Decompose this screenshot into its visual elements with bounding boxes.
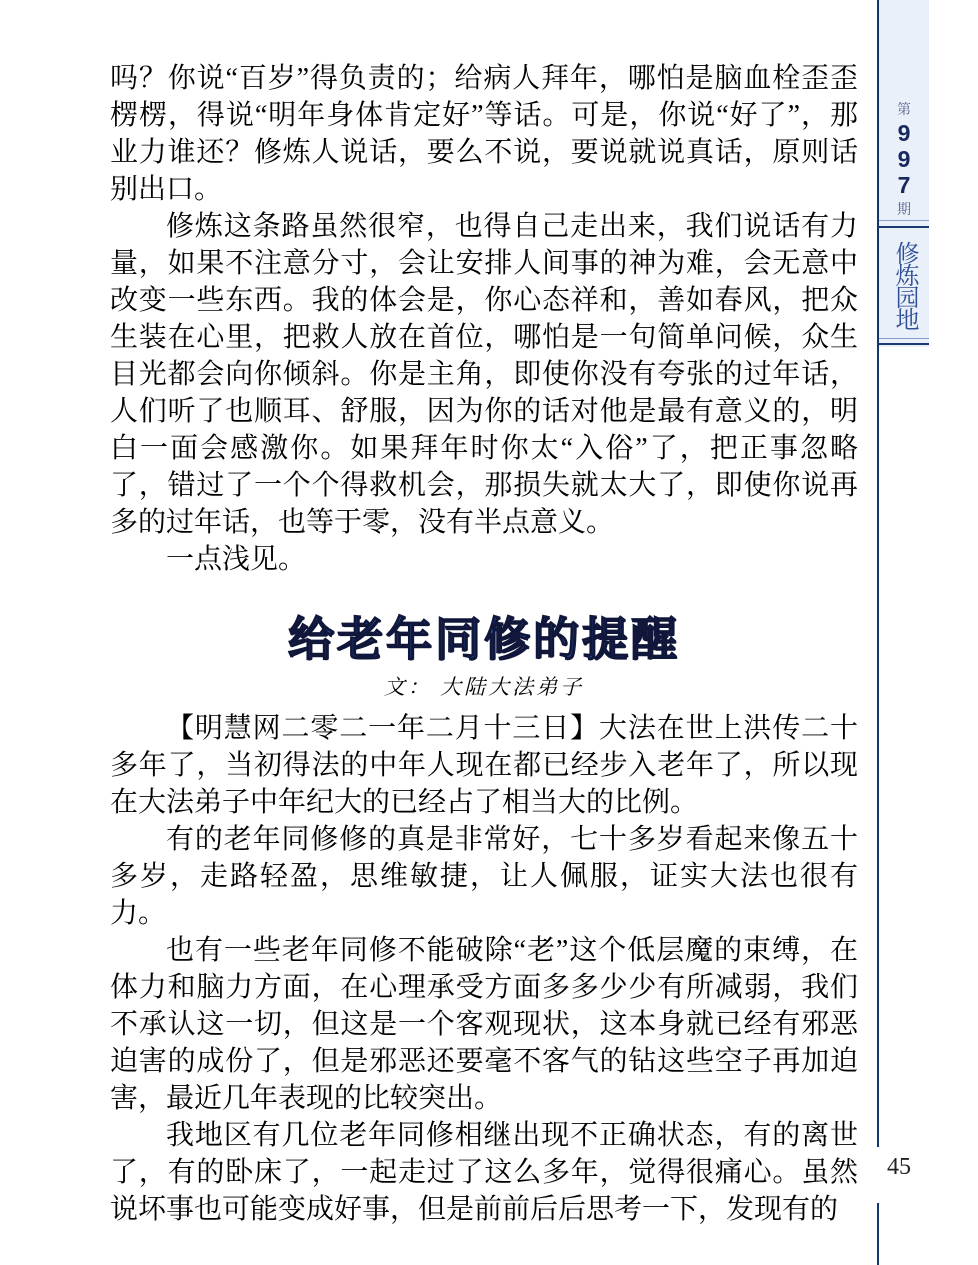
sidebar-separator-bottom bbox=[879, 338, 929, 345]
article-title: 给老年同修的提醒 bbox=[110, 614, 858, 666]
separator-line bbox=[879, 220, 929, 221]
separator-line bbox=[879, 343, 929, 345]
main-text-column: 吗？你说“百岁”得负责的；给病人拜年，哪怕是脑血栓歪歪楞楞，得说“明年身体肯定好… bbox=[110, 60, 858, 1228]
paragraph: 也有一些老年同修不能破除“老”这个低层魔的束缚，在体力和脑力方面，在心理承受方面… bbox=[110, 932, 858, 1117]
page-number: 45 bbox=[887, 1152, 911, 1182]
magazine-page: 吗？你说“百岁”得负责的；给病人拜年，哪怕是脑血栓歪歪楞楞，得说“明年身体肯定好… bbox=[0, 0, 978, 1265]
paragraph: 一点浅见。 bbox=[110, 541, 858, 578]
paragraph: 【明慧网二零二一年二月十三日】大法在世上洪传二十多年了，当初得法的中年人现在都已… bbox=[110, 710, 858, 821]
issue-prefix-label: 第 bbox=[897, 100, 911, 118]
separator-line bbox=[879, 226, 929, 228]
article-byline: 文： 大陆大法弟子 bbox=[110, 674, 858, 700]
sidebar-separator-top bbox=[879, 220, 929, 228]
section-title-box: 修炼园地 bbox=[879, 232, 929, 338]
sidebar-panel: 第 997 期 修炼园地 bbox=[879, 0, 929, 347]
sidebar-vertical-rule-bottom bbox=[877, 1203, 879, 1265]
issue-box: 第 997 期 bbox=[879, 0, 929, 222]
section-title: 修炼园地 bbox=[891, 241, 917, 329]
issue-suffix-label: 期 bbox=[897, 200, 911, 218]
separator-line bbox=[879, 338, 929, 339]
paragraph: 吗？你说“百岁”得负责的；给病人拜年，哪怕是脑血栓歪歪楞楞，得说“明年身体肯定好… bbox=[110, 60, 858, 208]
paragraph: 有的老年同修修的真是非常好，七十多岁看起来像五十多岁，走路轻盈，思维敏捷，让人佩… bbox=[110, 821, 858, 932]
paragraph: 我地区有几位老年同修相继出现不正确状态，有的离世了，有的卧床了，一起走过了这么多… bbox=[110, 1117, 858, 1228]
paragraph: 修炼这条路虽然很窄，也得自己走出来，我们说话有力量，如果不注意分寸，会让安排人间… bbox=[110, 208, 858, 541]
issue-number: 997 bbox=[892, 120, 916, 198]
